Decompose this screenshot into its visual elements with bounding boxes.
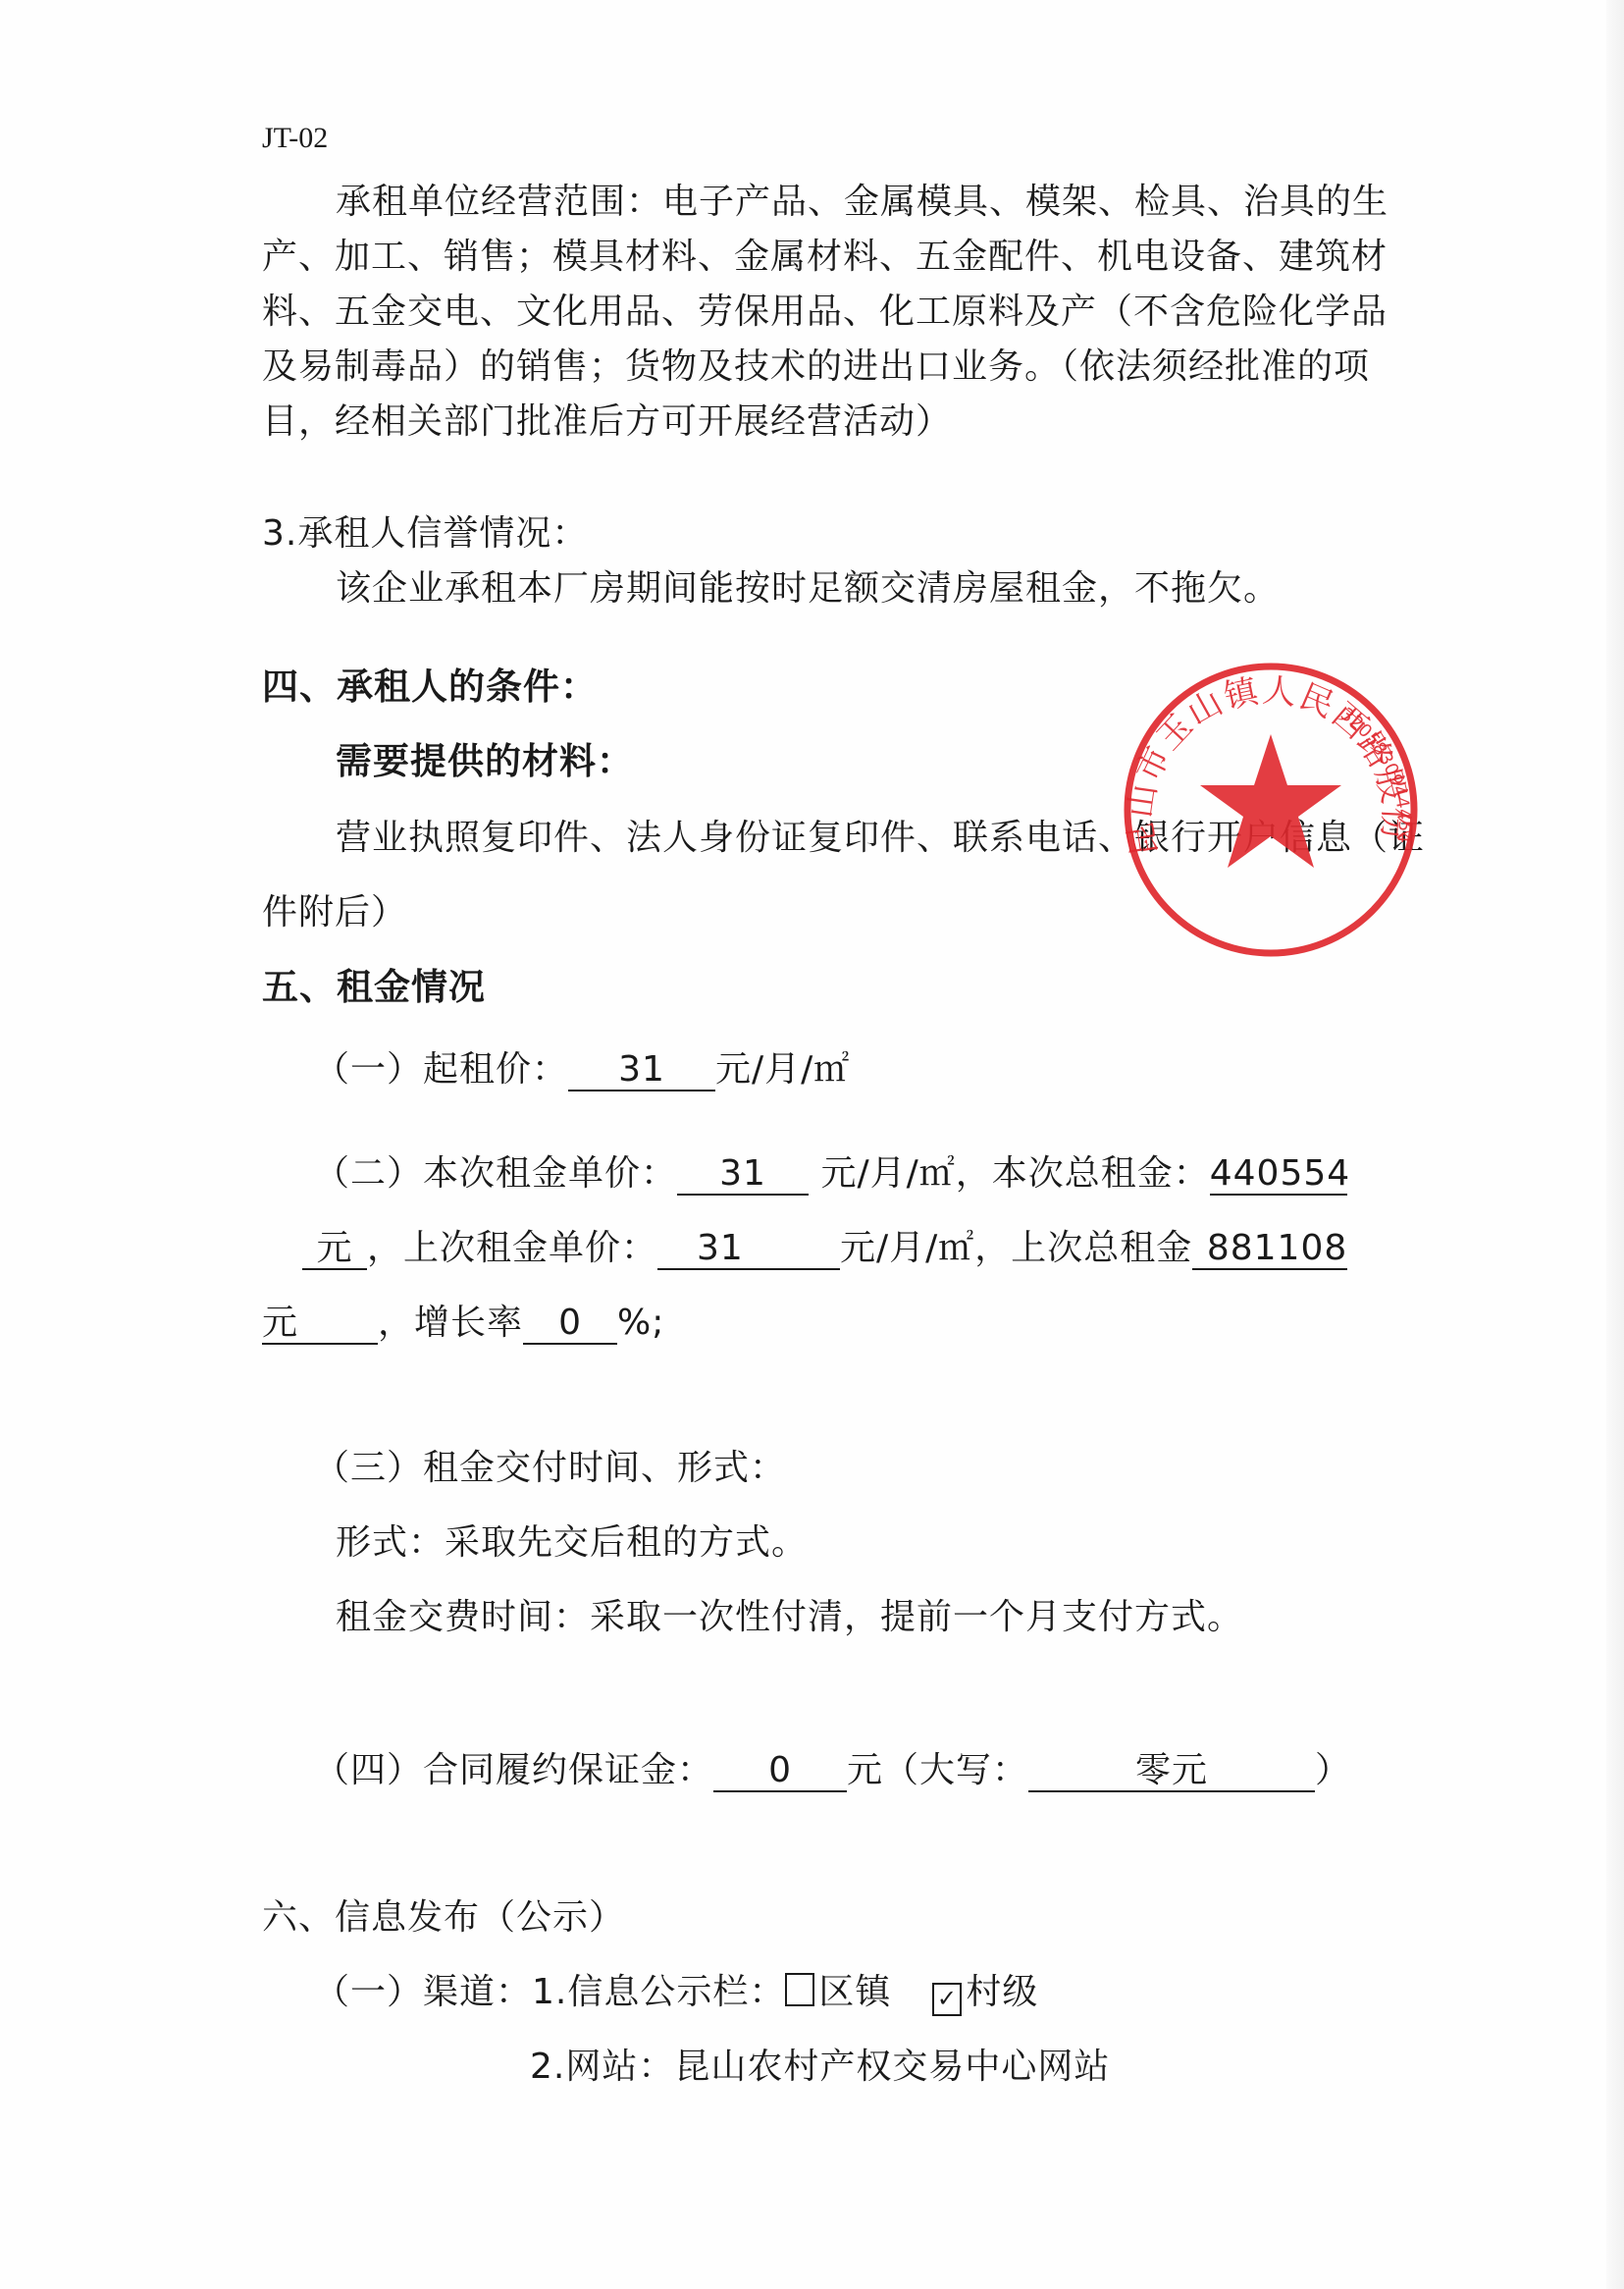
website-row: 2.网站：昆山农村产权交易中心网站 bbox=[530, 2044, 1110, 2091]
section-4-line-2: 件附后） bbox=[262, 889, 407, 936]
channel-row: （一）渠道：1.信息公示栏：区镇✓村级 bbox=[314, 1969, 1038, 2016]
start-price-unit: 元/月/㎡ bbox=[715, 1049, 850, 1090]
scope-line-4: 及易制毒品）的销售；货物及技术的进出口业务。（依法须经批准的项 bbox=[262, 344, 1370, 391]
growth-rate-pct: %; bbox=[617, 1303, 664, 1343]
deposit-value: 0 bbox=[713, 1751, 847, 1792]
start-price-label: （一）起租价： bbox=[314, 1049, 568, 1090]
scope-line-2: 产、加工、销售；模具材料、金属材料、五金配件、机电设备、建筑材 bbox=[262, 234, 1388, 281]
credit-text: 该企业承租本厂房期间能按时足额交清房屋租金，不拖欠。 bbox=[336, 565, 1280, 612]
official-seal-stamp: 昆山市玉山镇人民西路股份经济合作社 3205830944454 bbox=[1119, 658, 1423, 962]
section-4-title: 四、承租人的条件： bbox=[262, 664, 598, 711]
payment-title: （三）租金交付时间、形式： bbox=[314, 1445, 786, 1492]
deposit-row: （四）合同履约保证金：0元（大写：零元） bbox=[314, 1747, 1351, 1794]
section-5-title: 五、租金情况 bbox=[262, 964, 486, 1011]
section-6-title: 六、信息发布（公示） bbox=[262, 1894, 625, 1942]
document-code: JT-02 bbox=[262, 122, 328, 155]
scope-line-5: 目，经相关部门批准后方可开展经营活动） bbox=[262, 399, 952, 446]
scope-line-3: 料、五金交电、文化用品、劳保用品、化工原料及产（不含危险化学品 bbox=[262, 289, 1388, 336]
payment-form: 形式：采取先交后租的方式。 bbox=[336, 1519, 808, 1567]
section-4-subtitle: 需要提供的材料： bbox=[336, 738, 634, 785]
deposit-capital-value: 零元 bbox=[1028, 1751, 1315, 1792]
seal-star-icon bbox=[1200, 734, 1341, 868]
current-unit-price-unit: 元/月/㎡，本次总租金： bbox=[820, 1153, 1209, 1194]
checkbox-village-level[interactable]: ✓ bbox=[932, 1983, 962, 2016]
growth-rate-row: 元，增长率0%; bbox=[262, 1300, 664, 1347]
growth-rate-value: 0 bbox=[523, 1304, 617, 1345]
channel-label: （一）渠道：1.信息公示栏： bbox=[314, 1972, 785, 2012]
current-unit-price-label: （二）本次租金单价： bbox=[314, 1153, 677, 1194]
current-rent-row: （二）本次租金单价：31 元/月/㎡，本次总租金：440554 bbox=[314, 1150, 1347, 1198]
previous-total-rent-value: 881108 bbox=[1192, 1229, 1347, 1270]
option-village-level-label: 村级 bbox=[966, 1972, 1038, 2012]
deposit-label: （四）合同履约保证金： bbox=[314, 1750, 713, 1790]
start-price-row: （一）起租价：31元/月/㎡ bbox=[314, 1046, 850, 1093]
start-price-value: 31 bbox=[568, 1050, 715, 1091]
option-district-town-label: 区镇 bbox=[818, 1972, 891, 2012]
checkbox-district-town[interactable] bbox=[785, 1973, 814, 2006]
deposit-close: ） bbox=[1315, 1750, 1351, 1790]
previous-total-unit: 元 bbox=[262, 1304, 378, 1345]
current-total-unit: 元 bbox=[302, 1229, 367, 1270]
deposit-unit: 元（大写： bbox=[847, 1750, 1028, 1790]
previous-unit-price-label: ，上次租金单价： bbox=[367, 1228, 657, 1268]
payment-time: 租金交费时间：采取一次性付清，提前一个月支付方式。 bbox=[336, 1594, 1243, 1641]
growth-rate-label: ，增长率 bbox=[378, 1303, 523, 1343]
previous-rent-row: 元，上次租金单价：31元/月/㎡，上次总租金881108 bbox=[302, 1225, 1347, 1272]
scope-line-1: 承租单位经营范围：电子产品、金属模具、模架、检具、治具的生 bbox=[336, 179, 1388, 226]
scan-edge-shadow bbox=[1606, 0, 1624, 2289]
document-page: JT-02 承租单位经营范围：电子产品、金属模具、模架、检具、治具的生 产、加工… bbox=[0, 0, 1624, 2289]
current-total-rent-value: 440554 bbox=[1210, 1154, 1347, 1196]
current-unit-price-value: 31 bbox=[677, 1154, 809, 1196]
credit-title: 3.承租人信誉情况： bbox=[262, 510, 588, 558]
previous-unit-price-value: 31 bbox=[657, 1229, 840, 1270]
previous-unit-price-unit: 元/月/㎡，上次总租金 bbox=[840, 1228, 1192, 1268]
